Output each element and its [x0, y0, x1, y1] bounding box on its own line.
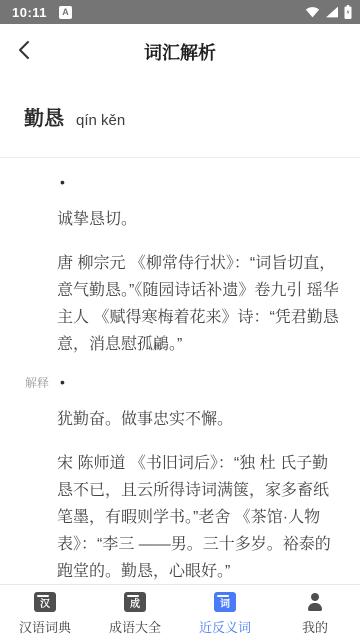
headword-row: 勤恳 qín kěn	[0, 80, 360, 157]
person-icon	[304, 592, 326, 612]
bullet-icon: •	[60, 374, 65, 390]
tab-synonyms-antonyms[interactable]: 词 近反义词	[180, 585, 270, 641]
tab-idiom-collection[interactable]: 成 成语大全	[90, 585, 180, 641]
tab-label: 成语大全	[109, 617, 161, 636]
citation-text: 唐 柳宗元 《柳常侍行状》：“词旨切直，意气勤恳。”《随园诗话补遗》卷九引 瑶华…	[57, 250, 340, 358]
idiom-book-icon: 成	[124, 592, 146, 612]
tab-chinese-dictionary[interactable]: 汉 汉语词典	[0, 585, 90, 641]
citation-text: 宋 陈师道 《书旧词后》：“独 杜 氏子勤恳不已，且云所得诗词满箧，家多畜纸笔墨…	[57, 450, 340, 585]
page-title: 词汇解析	[0, 39, 360, 65]
status-bar: 10:11 A	[0, 0, 360, 24]
pinyin: qín kěn	[76, 112, 125, 129]
headword: 勤恳	[24, 102, 64, 131]
app-header: 词汇解析	[0, 24, 360, 80]
section-label: 解释	[25, 374, 60, 391]
entry-content[interactable]: • 诚挚恳切。 唐 柳宗元 《柳常侍行状》：“词旨切直，意气勤恳。”《随园诗话补…	[0, 174, 360, 595]
tab-label: 汉语词典	[19, 617, 71, 636]
wifi-icon	[305, 6, 320, 18]
word-book-icon: 词	[214, 592, 236, 612]
tab-label: 近反义词	[199, 617, 251, 636]
section-head: 解释 •	[0, 374, 360, 390]
section-head: •	[0, 174, 360, 190]
battery-charging-icon	[344, 5, 352, 19]
cellular-signal-icon	[325, 6, 339, 18]
definition-text: 诚挚恳切。	[57, 206, 340, 233]
chevron-left-icon	[17, 40, 31, 65]
definition-text: 犹勤奋。做事忠实不懈。	[57, 406, 340, 433]
bottom-tab-bar: 汉 汉语词典 成 成语大全 词 近反义词 我的	[0, 584, 360, 641]
tab-profile[interactable]: 我的	[270, 585, 360, 641]
back-button[interactable]	[0, 24, 48, 80]
notification-app-icon: A	[59, 6, 72, 19]
bullet-icon: •	[60, 174, 65, 190]
divider	[0, 157, 360, 158]
clock: 10:11	[12, 5, 47, 20]
tab-label: 我的	[302, 617, 328, 636]
dictionary-book-icon: 汉	[34, 592, 56, 612]
